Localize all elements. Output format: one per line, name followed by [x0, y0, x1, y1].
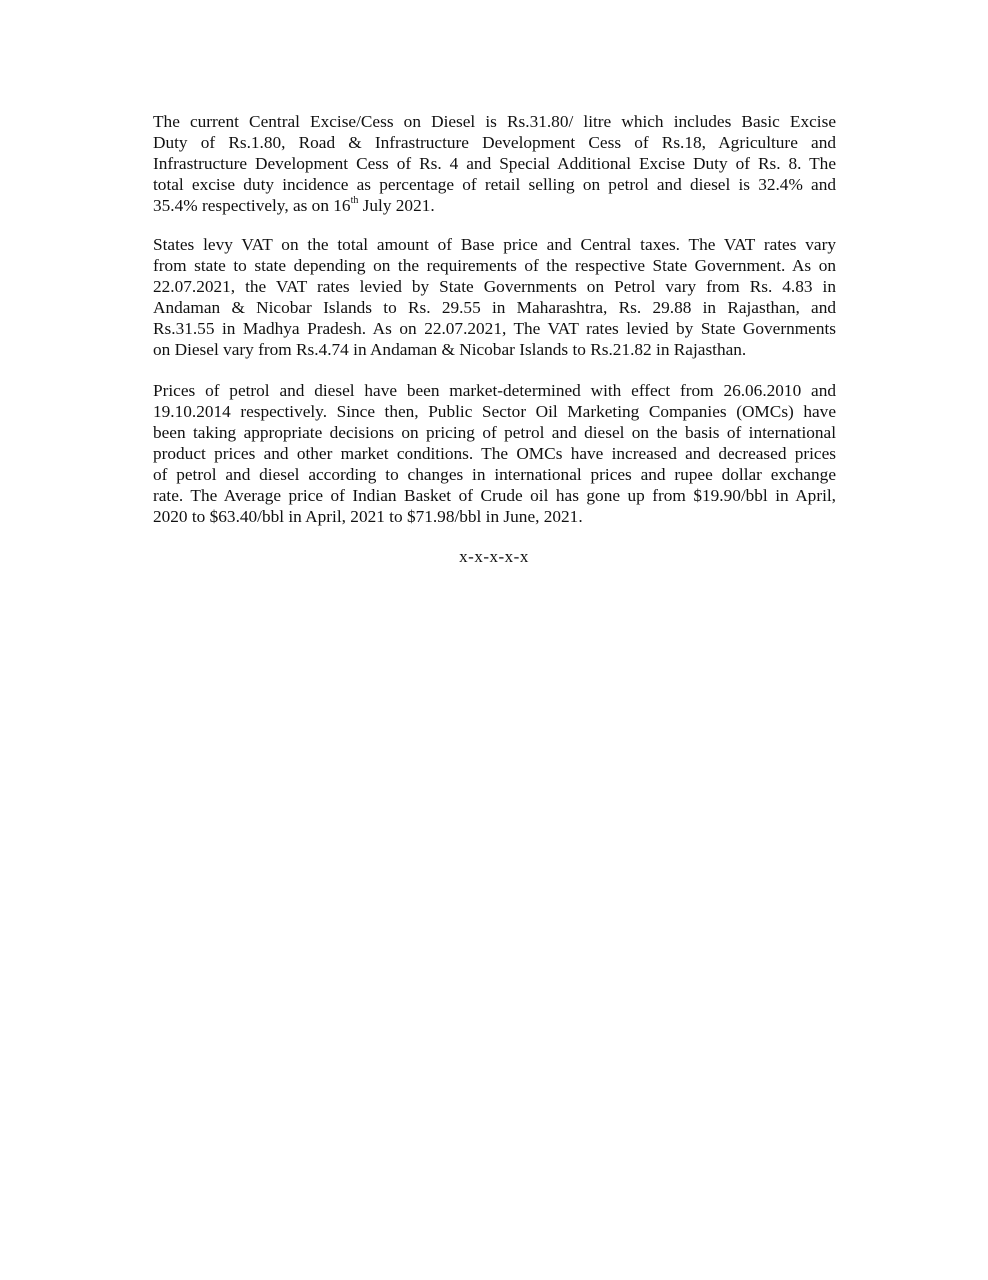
text-line: The current Central Excise/Cess on Diese…	[153, 111, 836, 132]
end-of-document-mark: x-x-x-x-x	[0, 547, 988, 567]
text-line: of petrol and diesel according to change…	[153, 464, 836, 485]
text-line: Prices of petrol and diesel have been ma…	[153, 380, 836, 401]
text-line: been taking appropriate decisions on pri…	[153, 422, 836, 443]
text-line-last: 35.4% respectively, as on 16th July 2021…	[153, 195, 836, 216]
text-line: product prices and other market conditio…	[153, 443, 836, 464]
text-line: States levy VAT on the total amount of B…	[153, 234, 836, 255]
paragraph-central-excise: The current Central Excise/Cess on Diese…	[153, 111, 836, 216]
text-line: from state to state depending on the req…	[153, 255, 836, 276]
text-line: total excise duty incidence as percentag…	[153, 174, 836, 195]
text-line: Rs.31.55 in Madhya Pradesh. As on 22.07.…	[153, 318, 836, 339]
text-line: 22.07.2021, the VAT rates levied by Stat…	[153, 276, 836, 297]
text-line: Andaman & Nicobar Islands to Rs. 29.55 i…	[153, 297, 836, 318]
document-page: The current Central Excise/Cess on Diese…	[0, 0, 988, 1280]
text-line: 19.10.2014 respectively. Since then, Pub…	[153, 401, 836, 422]
ordinal-superscript: th	[351, 195, 359, 206]
text-line: Duty of Rs.1.80, Road & Infrastructure D…	[153, 132, 836, 153]
paragraph-state-vat: States levy VAT on the total amount of B…	[153, 234, 836, 360]
paragraph-market-pricing: Prices of petrol and diesel have been ma…	[153, 380, 836, 527]
text-line: Infrastructure Development Cess of Rs. 4…	[153, 153, 836, 174]
text-line: rate. The Average price of Indian Basket…	[153, 485, 836, 506]
date-prefix-text: 35.4% respectively, as on 16	[153, 196, 351, 215]
text-line: on Diesel vary from Rs.4.74 in Andaman &…	[153, 339, 836, 360]
date-suffix-text: July 2021.	[358, 196, 434, 215]
text-line: 2020 to $63.40/bbl in April, 2021 to $71…	[153, 506, 836, 527]
